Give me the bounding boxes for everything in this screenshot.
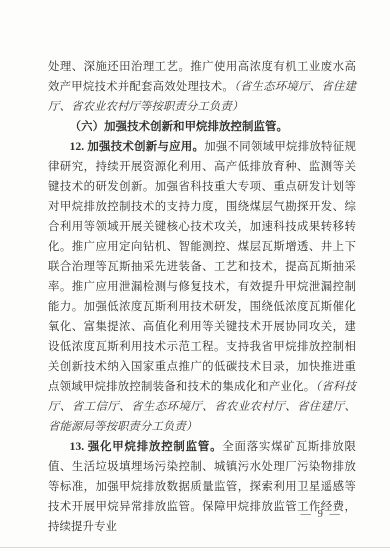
text-segment-bold: （六）加强技术创新和甲烷排放控制监管。 — [70, 121, 288, 133]
para-continuation: 处理、深施还田治理工艺。推广使用高浓度有机工业废水高效产甲烷技术并配套高效处理技… — [48, 57, 356, 117]
para-item-12: 12. 加强技术创新与应用。加强不同领域甲烷排放特征规律研究，持续开展资源化利用… — [48, 137, 356, 437]
document-body: 处理、深施还田治理工艺。推广使用高浓度有机工业废水高效产甲烷技术并配套高效处理技… — [48, 57, 356, 537]
para-item-13: 13. 强化甲烷排放控制监管。全面落实煤矿瓦斯排放限值、生活垃圾填埋场污染控制、… — [48, 437, 356, 537]
scan-edge-line — [0, 547, 390, 549]
document-page: 处理、深施还田治理工艺。推广使用高浓度有机工业废水高效产甲烷技术并配套高效处理技… — [0, 0, 390, 551]
heading-section-6: （六）加强技术创新和甲烷排放控制监管。 — [48, 117, 356, 137]
text-segment-bold: 13. 强化甲烷排放控制监管。 — [70, 441, 223, 453]
page-number: — 9 — — [301, 508, 343, 522]
text-segment-normal: 加强不同领域甲烷排放特征规律研究，持续开展资源化利用、高产低排放育种、监测等关键… — [48, 141, 356, 393]
text-segment-bold: 12. 加强技术创新与应用。 — [70, 141, 205, 153]
